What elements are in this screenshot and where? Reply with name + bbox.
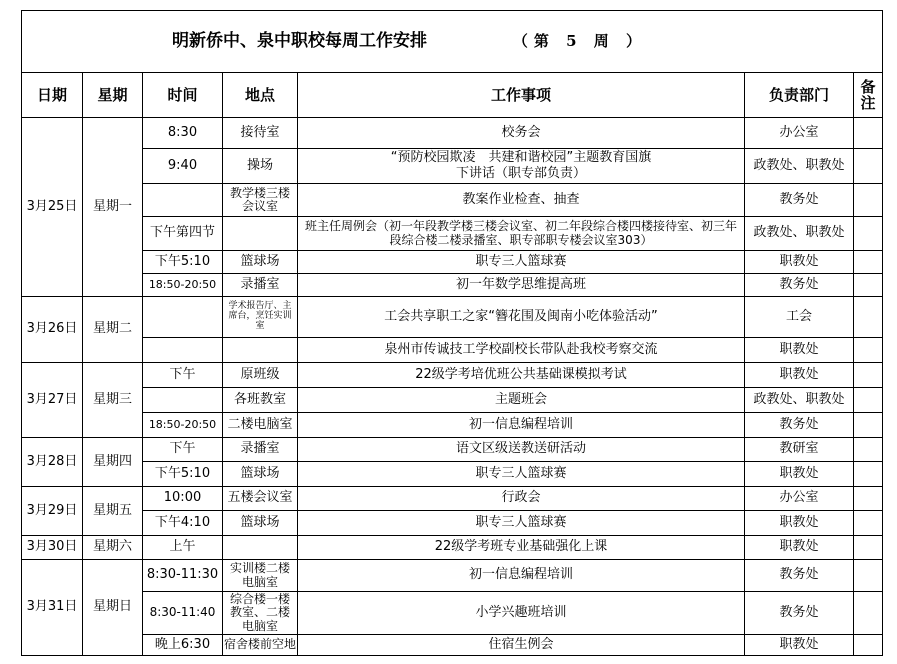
department-cell: 教研室	[745, 438, 854, 462]
time-cell	[143, 388, 223, 413]
date-cell: 3月29日	[22, 487, 83, 536]
header-task: 工作事项	[298, 73, 745, 118]
time-cell: 8:30-11:30	[143, 560, 223, 592]
department-cell: 职教处	[745, 338, 854, 363]
note-cell	[854, 388, 883, 413]
table-row: 晚上6:30 宿舍楼前空地 住宿生例会 职教处	[22, 635, 883, 656]
location-cell	[223, 217, 298, 251]
date-cell: 3月30日	[22, 536, 83, 560]
location-cell: 各班教室	[223, 388, 298, 413]
table-row: 9:40 操场 “预防校园欺凌 共建和谐校园”主题教育国旗下讲话（职专部负责） …	[22, 149, 883, 184]
note-cell	[854, 274, 883, 297]
weekday-cell: 星期五	[83, 487, 143, 536]
date-cell: 3月28日	[22, 438, 83, 487]
task-cell: 职专三人篮球赛	[298, 251, 745, 274]
note-cell	[854, 560, 883, 592]
department-cell: 教务处	[745, 560, 854, 592]
note-cell	[854, 363, 883, 388]
header-time: 时间	[143, 73, 223, 118]
location-cell: 录播室	[223, 438, 298, 462]
header-row: 日期 星期 时间 地点 工作事项 负责部门 备注	[22, 73, 883, 118]
department-cell: 教务处	[745, 184, 854, 217]
task-cell: 语文区级送教送研活动	[298, 438, 745, 462]
department-cell: 教务处	[745, 592, 854, 635]
time-cell	[143, 338, 223, 363]
location-cell	[223, 338, 298, 363]
time-cell: 8:30-11:40	[143, 592, 223, 635]
task-cell: 职专三人篮球赛	[298, 511, 745, 536]
task-cell: 行政会	[298, 487, 745, 511]
department-cell: 职教处	[745, 251, 854, 274]
task-cell: 教案作业检查、抽查	[298, 184, 745, 217]
department-cell: 职教处	[745, 536, 854, 560]
time-cell: 上午	[143, 536, 223, 560]
task-cell: 小学兴趣班培训	[298, 592, 745, 635]
department-cell: 职教处	[745, 635, 854, 656]
table-row: 下午第四节 班主任周例会（初一年段教学楼三楼会议室、初二年段综合楼四楼接待室、初…	[22, 217, 883, 251]
table-row: 3月28日 星期四 下午 录播室 语文区级送教送研活动 教研室	[22, 438, 883, 462]
note-cell	[854, 184, 883, 217]
location-cell: 篮球场	[223, 251, 298, 274]
header-note: 备注	[854, 73, 883, 118]
weekday-cell: 星期二	[83, 297, 143, 363]
task-cell: 22级学考培优班公共基础课模拟考试	[298, 363, 745, 388]
department-cell: 教务处	[745, 274, 854, 297]
note-cell	[854, 251, 883, 274]
table-row: 泉州市传诚技工学校副校长带队赴我校考察交流 职教处	[22, 338, 883, 363]
time-cell: 下午4:10	[143, 511, 223, 536]
task-cell: 初一信息编程培训	[298, 413, 745, 438]
table-row: 3月25日 星期一 8:30 接待室 校务会 办公室	[22, 118, 883, 149]
department-cell: 职教处	[745, 511, 854, 536]
table-row: 3月26日 星期二 学术报告厅、主席台，烹饪实训室 工会共享职工之家“簪花围及闽…	[22, 297, 883, 338]
time-cell: 下午第四节	[143, 217, 223, 251]
note-cell	[854, 217, 883, 251]
header-location: 地点	[223, 73, 298, 118]
department-cell: 工会	[745, 297, 854, 338]
table-row: 教学楼三楼会议室 教案作业检查、抽查 教务处	[22, 184, 883, 217]
table-row: 下午5:10 篮球场 职专三人篮球赛 职教处	[22, 462, 883, 487]
date-cell: 3月26日	[22, 297, 83, 363]
location-cell: 综合楼一楼教室、二楼电脑室	[223, 592, 298, 635]
document-title: 明新侨中、泉中职校每周工作安排 （第 5 周 ）	[22, 11, 883, 73]
week-number: （第 5 周 ）	[513, 33, 647, 50]
note-cell	[854, 149, 883, 184]
time-cell: 下午	[143, 363, 223, 388]
time-cell: 晚上6:30	[143, 635, 223, 656]
location-cell: 操场	[223, 149, 298, 184]
department-cell: 政教处、职教处	[745, 388, 854, 413]
note-cell	[854, 511, 883, 536]
date-cell: 3月27日	[22, 363, 83, 438]
task-cell: “预防校园欺凌 共建和谐校园”主题教育国旗下讲话（职专部负责）	[298, 149, 745, 184]
header-weekday: 星期	[83, 73, 143, 118]
note-cell	[854, 118, 883, 149]
task-cell: 校务会	[298, 118, 745, 149]
note-cell	[854, 536, 883, 560]
task-cell: 初一信息编程培训	[298, 560, 745, 592]
time-cell: 10:00	[143, 487, 223, 511]
weekly-schedule-table: 明新侨中、泉中职校每周工作安排 （第 5 周 ） 日期 星期 时间 地点 工作事…	[21, 10, 883, 656]
location-cell: 二楼电脑室	[223, 413, 298, 438]
table-row: 3月30日 星期六 上午 22级学考班专业基础强化上课 职教处	[22, 536, 883, 560]
table-row: 3月29日 星期五 10:00 五楼会议室 行政会 办公室	[22, 487, 883, 511]
department-cell: 职教处	[745, 462, 854, 487]
location-cell: 篮球场	[223, 511, 298, 536]
header-date: 日期	[22, 73, 83, 118]
location-cell: 录播室	[223, 274, 298, 297]
table-row: 3月31日 星期日 8:30-11:30 实训楼二楼电脑室 初一信息编程培训 教…	[22, 560, 883, 592]
note-cell	[854, 462, 883, 487]
weekday-cell: 星期一	[83, 118, 143, 297]
time-cell: 8:30	[143, 118, 223, 149]
department-cell: 政教处、职教处	[745, 149, 854, 184]
task-cell: 泉州市传诚技工学校副校长带队赴我校考察交流	[298, 338, 745, 363]
time-cell: 下午5:10	[143, 251, 223, 274]
department-cell: 政教处、职教处	[745, 217, 854, 251]
weekday-cell: 星期日	[83, 560, 143, 656]
location-cell: 教学楼三楼会议室	[223, 184, 298, 217]
time-cell: 18:50-20:50	[143, 274, 223, 297]
table-row: 3月27日 星期三 下午 原班级 22级学考培优班公共基础课模拟考试 职教处	[22, 363, 883, 388]
header-note-text: 备注	[861, 79, 876, 112]
weekday-cell: 星期四	[83, 438, 143, 487]
table-row: 下午5:10 篮球场 职专三人篮球赛 职教处	[22, 251, 883, 274]
task-cell: 主题班会	[298, 388, 745, 413]
note-cell	[854, 487, 883, 511]
task-cell: 22级学考班专业基础强化上课	[298, 536, 745, 560]
department-cell: 办公室	[745, 487, 854, 511]
weekday-cell: 星期三	[83, 363, 143, 438]
location-cell: 学术报告厅、主席台，烹饪实训室	[223, 297, 298, 338]
task-cell: 住宿生例会	[298, 635, 745, 656]
location-cell	[223, 536, 298, 560]
time-cell	[143, 297, 223, 338]
location-cell: 实训楼二楼电脑室	[223, 560, 298, 592]
location-cell: 五楼会议室	[223, 487, 298, 511]
department-cell: 职教处	[745, 363, 854, 388]
time-cell	[143, 184, 223, 217]
title-main: 明新侨中、泉中职校每周工作安排	[172, 32, 427, 51]
time-cell: 9:40	[143, 149, 223, 184]
location-cell: 原班级	[223, 363, 298, 388]
location-cell: 宿舍楼前空地	[223, 635, 298, 656]
table-row: 8:30-11:40 综合楼一楼教室、二楼电脑室 小学兴趣班培训 教务处	[22, 592, 883, 635]
time-cell: 下午5:10	[143, 462, 223, 487]
table-row: 18:50-20:50 二楼电脑室 初一信息编程培训 教务处	[22, 413, 883, 438]
time-cell: 下午	[143, 438, 223, 462]
date-cell: 3月31日	[22, 560, 83, 656]
note-cell	[854, 413, 883, 438]
note-cell	[854, 592, 883, 635]
task-cell: 工会共享职工之家“簪花围及闽南小吃体验活动”	[298, 297, 745, 338]
note-cell	[854, 635, 883, 656]
department-cell: 办公室	[745, 118, 854, 149]
date-cell: 3月25日	[22, 118, 83, 297]
note-cell	[854, 438, 883, 462]
header-department: 负责部门	[745, 73, 854, 118]
table-row: 各班教室 主题班会 政教处、职教处	[22, 388, 883, 413]
weekday-cell: 星期六	[83, 536, 143, 560]
table-row: 下午4:10 篮球场 职专三人篮球赛 职教处	[22, 511, 883, 536]
table-row: 18:50-20:50 录播室 初一年数学思维提高班 教务处	[22, 274, 883, 297]
task-cell: 初一年数学思维提高班	[298, 274, 745, 297]
department-cell: 教务处	[745, 413, 854, 438]
title-row: 明新侨中、泉中职校每周工作安排 （第 5 周 ）	[22, 11, 883, 73]
time-cell: 18:50-20:50	[143, 413, 223, 438]
task-cell: 班主任周例会（初一年段教学楼三楼会议室、初二年段综合楼四楼接待室、初三年段综合楼…	[298, 217, 745, 251]
location-cell: 篮球场	[223, 462, 298, 487]
note-cell	[854, 297, 883, 338]
location-cell: 接待室	[223, 118, 298, 149]
note-cell	[854, 338, 883, 363]
task-cell: 职专三人篮球赛	[298, 462, 745, 487]
